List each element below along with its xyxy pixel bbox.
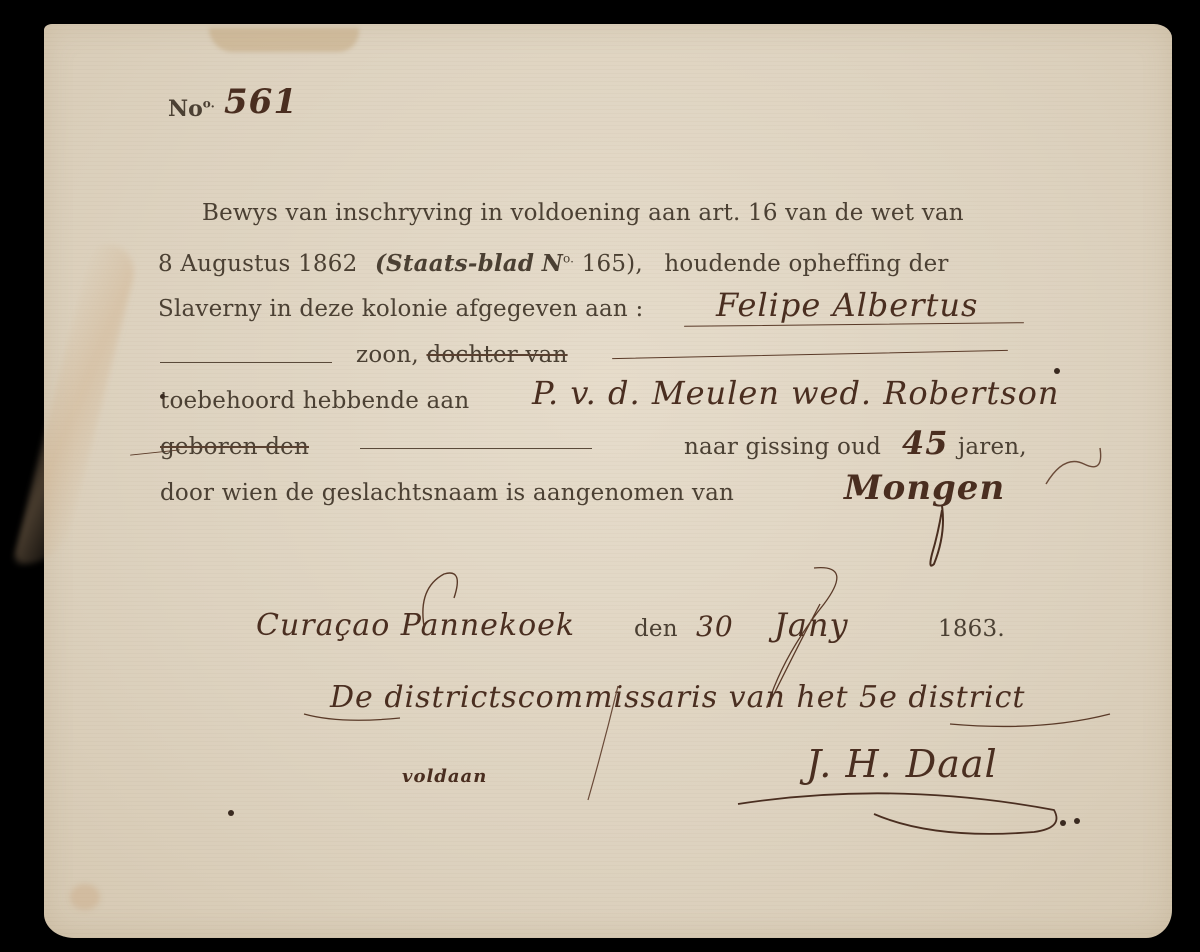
date-den-label: den — [634, 616, 678, 642]
flourish-place — [414, 568, 474, 628]
printed-line-6c: jaren, — [958, 434, 1027, 460]
handwritten-surname: Mongen — [844, 468, 1005, 508]
water-stain-top — [209, 28, 359, 52]
document-paper: Noo. 561 Bewys van inschryving in voldoe… — [44, 24, 1172, 938]
blank-line-mother — [612, 350, 1008, 359]
signature-name: J. H. Daal — [806, 742, 998, 786]
ink-dot — [1074, 818, 1080, 824]
handwritten-day: 30 — [696, 610, 734, 643]
ink-dot — [228, 810, 234, 816]
printed-line-6b: naar gissing oud — [684, 434, 881, 460]
geboren-den-struck: geboren den — [160, 434, 309, 460]
dochter-van-struck: dochter van — [426, 342, 567, 368]
blank-line-birthdate — [360, 448, 592, 449]
number-label: Noo. — [168, 96, 215, 122]
printed-line-6a: geboren den — [160, 434, 309, 460]
flourish-signature-title — [300, 674, 1120, 734]
law-date: 8 Augustus 1862 — [158, 251, 357, 277]
ink-dot — [160, 394, 165, 399]
water-stain-left — [12, 244, 142, 564]
stain-bottom-left — [70, 884, 100, 910]
flourish-age — [1044, 444, 1104, 494]
photo-background: Noo. 561 Bewys van inschryving in voldoe… — [0, 0, 1200, 952]
blank-line-father — [160, 362, 332, 363]
printed-line-3: Slaverny in deze kolonie afgegeven aan : — [158, 296, 643, 322]
handwritten-name: Felipe Albertus — [716, 286, 978, 324]
handwritten-owner: P. v. d. Meulen wed. Robertson — [532, 374, 1060, 412]
flourish-long-stroke — [584, 684, 624, 804]
handwritten-age: 45 — [902, 424, 949, 462]
printed-line-2-end: houdende opheffing der — [664, 251, 948, 277]
date-year: 1863. — [938, 616, 1005, 642]
printed-line-5: toebehoord hebbende aan — [160, 388, 469, 414]
staatsblad-number: 165), — [582, 251, 643, 277]
margin-note: voldaan — [402, 766, 487, 787]
staatsblad-ref: (Staats-blad — [375, 250, 534, 277]
printed-line-1: Bewys van inschryving in voldoening aan … — [202, 200, 964, 226]
ink-dot — [1060, 820, 1066, 826]
flourish-surname — [924, 504, 954, 574]
document-number: 561 — [224, 82, 298, 122]
printed-line-4: zoon, dochter van — [356, 342, 568, 368]
signature-underline-flourish — [734, 784, 1074, 844]
staatsblad-no: N — [542, 250, 563, 277]
printed-line-7: door wien de geslachtsnaam is aangenomen… — [160, 480, 734, 506]
zoon-label: zoon, — [356, 342, 419, 368]
staatsblad-no-sup: o. — [563, 251, 574, 265]
printed-line-2: 8 Augustus 1862 (Staats-blad No. 165), h… — [158, 250, 949, 277]
